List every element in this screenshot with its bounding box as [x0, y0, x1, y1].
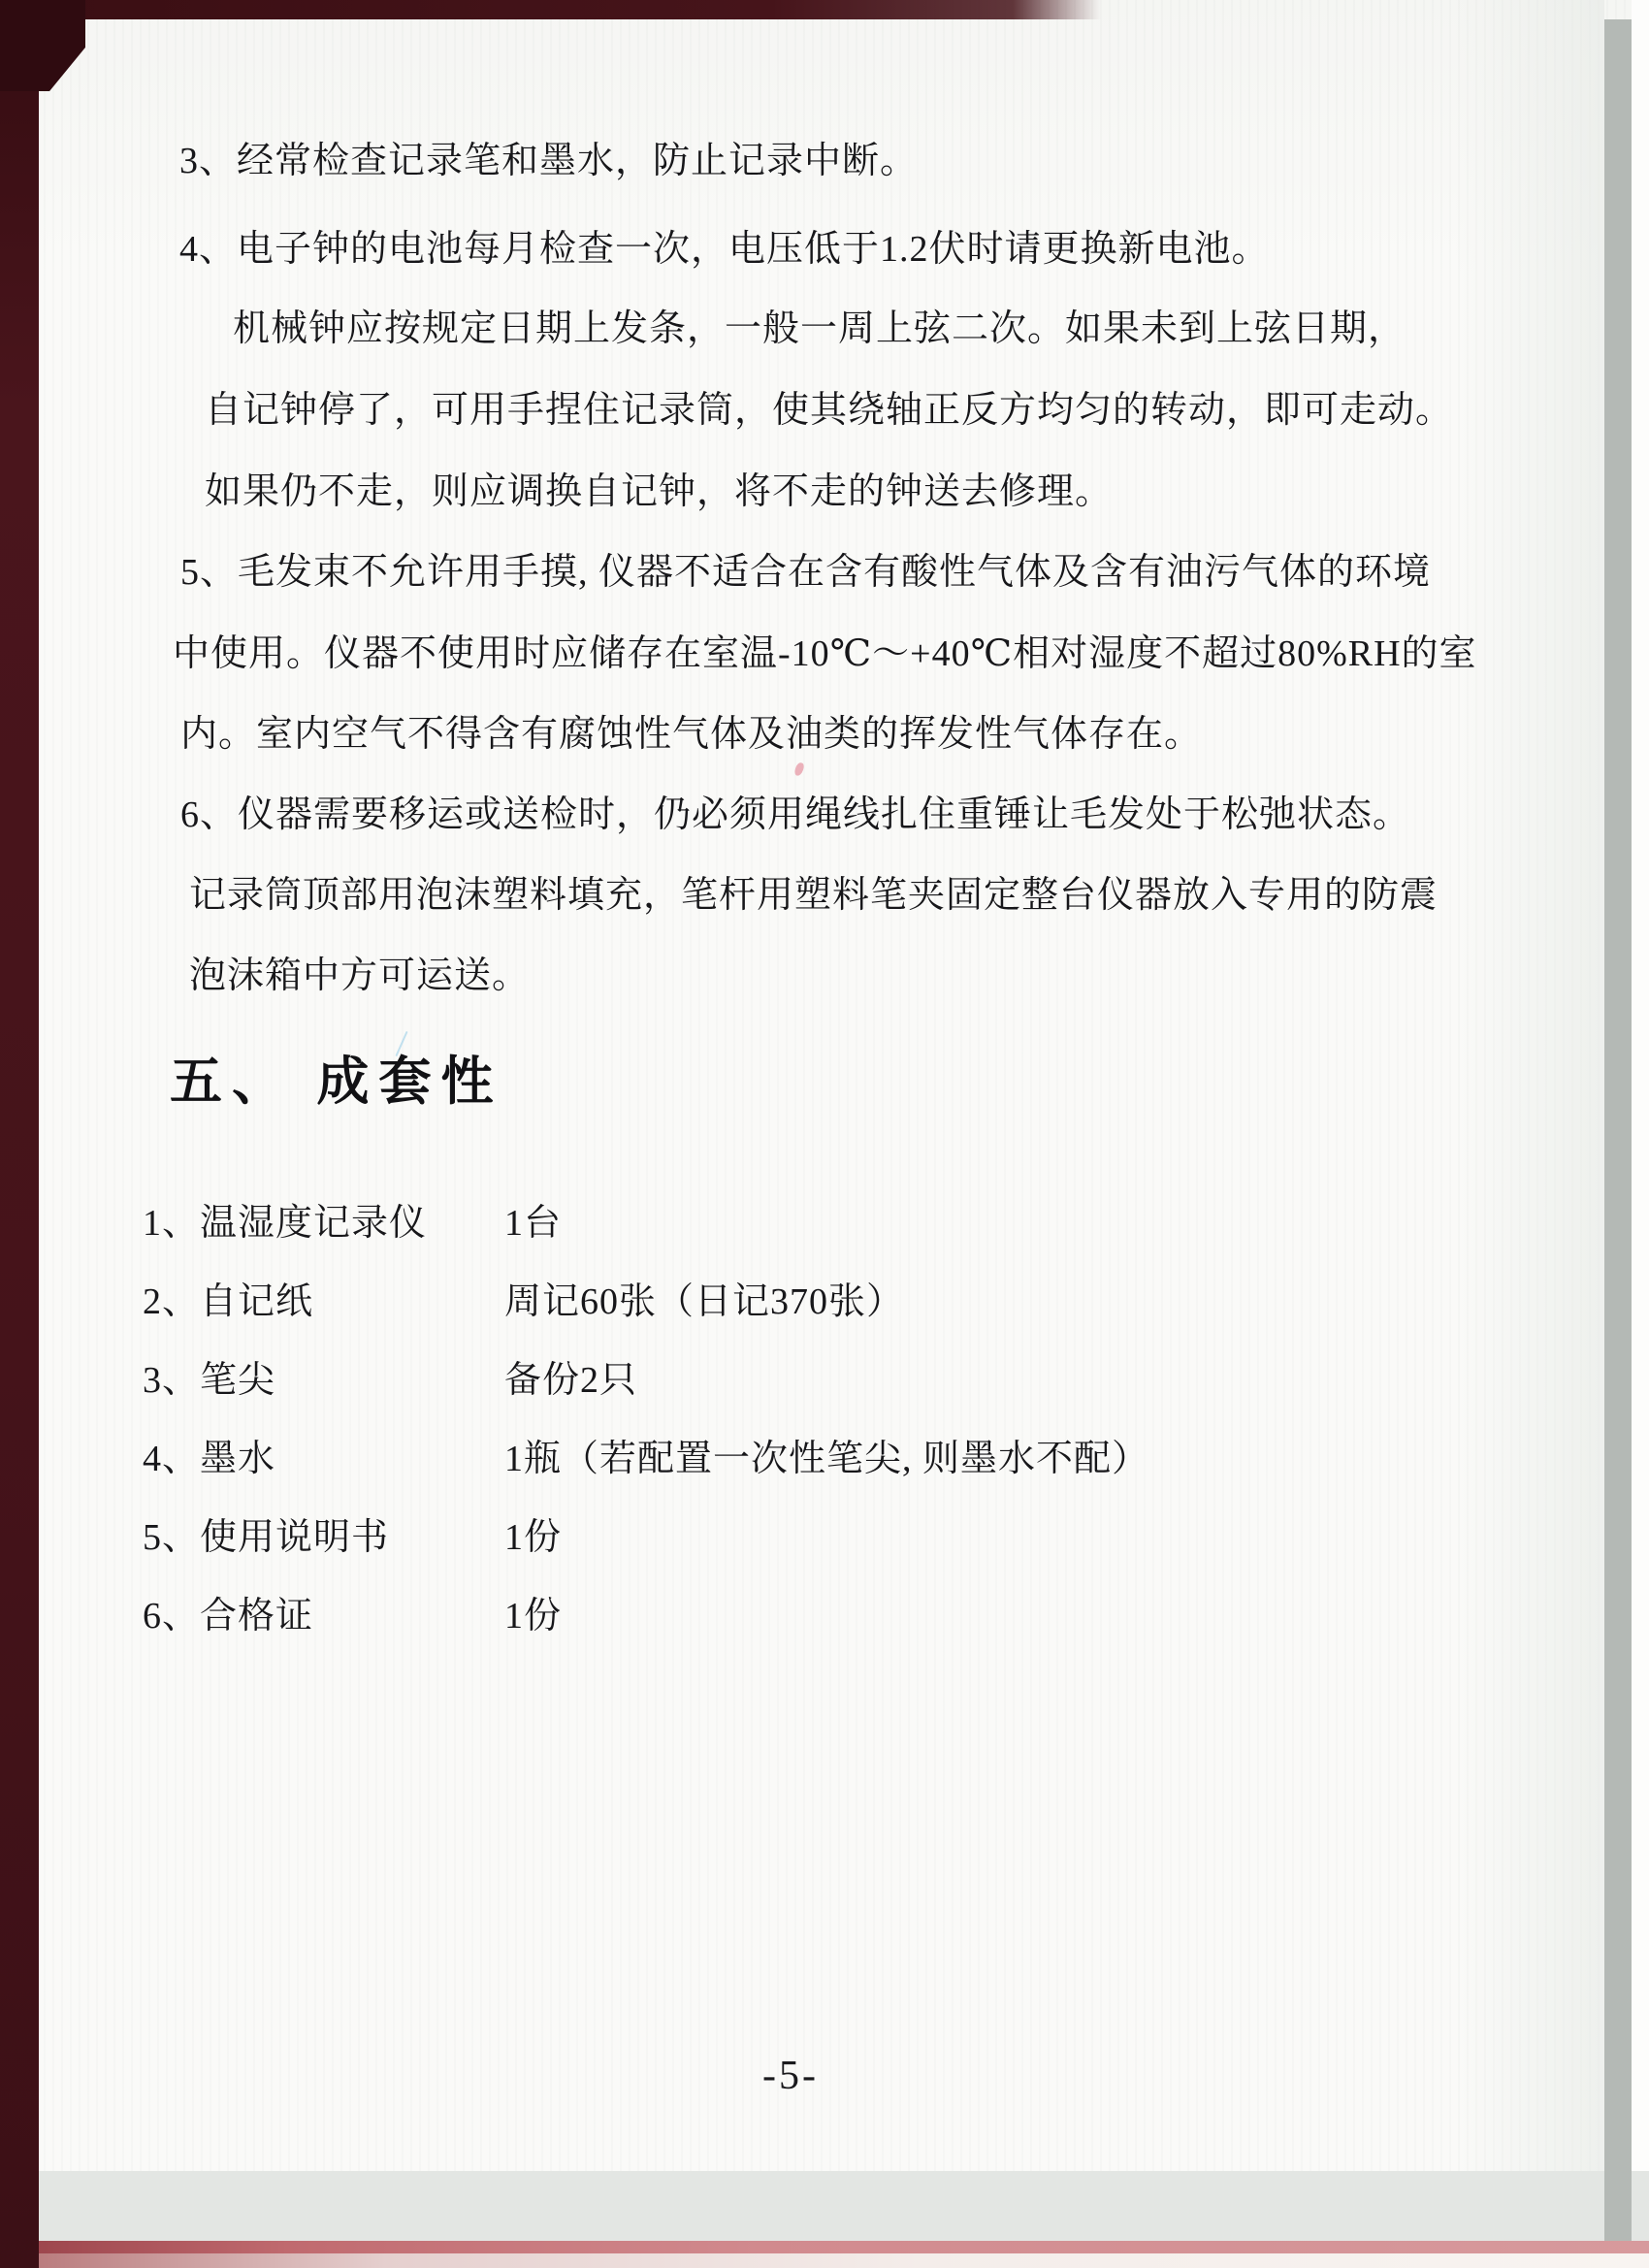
ink-speck: [793, 761, 805, 777]
scan-border-corner: [0, 0, 85, 91]
package-item-label: 2、自记纸: [143, 1281, 313, 1324]
doc-line: 6、仪器需要移运或送检时，仍必须用绳线扎住重锤让毛发处于松弛状态。: [180, 794, 1410, 837]
bottom-margin: [29, 2253, 1649, 2268]
package-item-qty: 1份: [504, 1517, 562, 1560]
right-paper-shading: [1455, 0, 1604, 2268]
right-margin: [1632, 0, 1649, 2268]
bottom-page-edge: [29, 2171, 1649, 2243]
bottom-scan-line: [29, 2241, 1649, 2253]
package-item-label: 1、温湿度记录仪: [143, 1203, 427, 1246]
doc-line: 泡沫箱中方可运送。: [189, 956, 530, 998]
package-item-qty: 1份: [504, 1596, 562, 1638]
doc-line: 机械钟应按规定日期上发条，一般一周上弦二次。如果未到上弦日期，: [233, 308, 1406, 351]
section-heading: 五、 成套性: [170, 1053, 503, 1111]
right-page-edge: [1604, 19, 1632, 2268]
doc-line: 记录筒顶部用泡沫塑料填充，笔杆用塑料笔夹固定整台仪器放入专用的防震: [189, 875, 1438, 918]
package-item-qty: 1台: [504, 1203, 562, 1246]
doc-line: 5、毛发束不允许用手摸, 仪器不适合在含有酸性气体及含有油污气体的环境: [180, 552, 1431, 595]
doc-line: 3、经常检查记录笔和墨水，防止记录中断。: [179, 141, 918, 183]
package-item-label: 6、合格证: [143, 1596, 313, 1638]
doc-line: 内。室内空气不得含有腐蚀性气体及油类的挥发性气体存在。: [180, 714, 1202, 757]
package-item-label: 3、笔尖: [143, 1360, 275, 1403]
scanned-document-page: 3、经常检查记录笔和墨水，防止记录中断。 4、电子钟的电池每月检查一次，电压低于…: [0, 0, 1649, 2268]
doc-line: 4、电子钟的电池每月检查一次，电压低于1.2伏时请更换新电池。: [179, 229, 1270, 272]
scan-border-top: [0, 0, 1101, 19]
package-item-qty: 1瓶（若配置一次性笔尖, 则墨水不配）: [504, 1439, 1149, 1481]
package-item-label: 5、使用说明书: [143, 1517, 389, 1560]
scan-border-left: [0, 0, 39, 2268]
package-item-qty: 备份2只: [504, 1360, 637, 1403]
doc-line: 自记钟停了，可用手捏住记录筒，使其绕轴正反方均匀的转动，即可走动。: [205, 390, 1453, 433]
doc-line: 中使用。仪器不使用时应储存在室温-10℃～+40℃相对湿度不超过80%RH的室: [173, 633, 1477, 676]
package-item-label: 4、墨水: [143, 1439, 275, 1481]
page-number: -5-: [762, 2053, 819, 2099]
package-item-qty: 周记60张（日记370张）: [504, 1281, 904, 1324]
doc-line: 如果仍不走，则应调换自记钟，将不走的钟送去修理。: [205, 471, 1113, 514]
